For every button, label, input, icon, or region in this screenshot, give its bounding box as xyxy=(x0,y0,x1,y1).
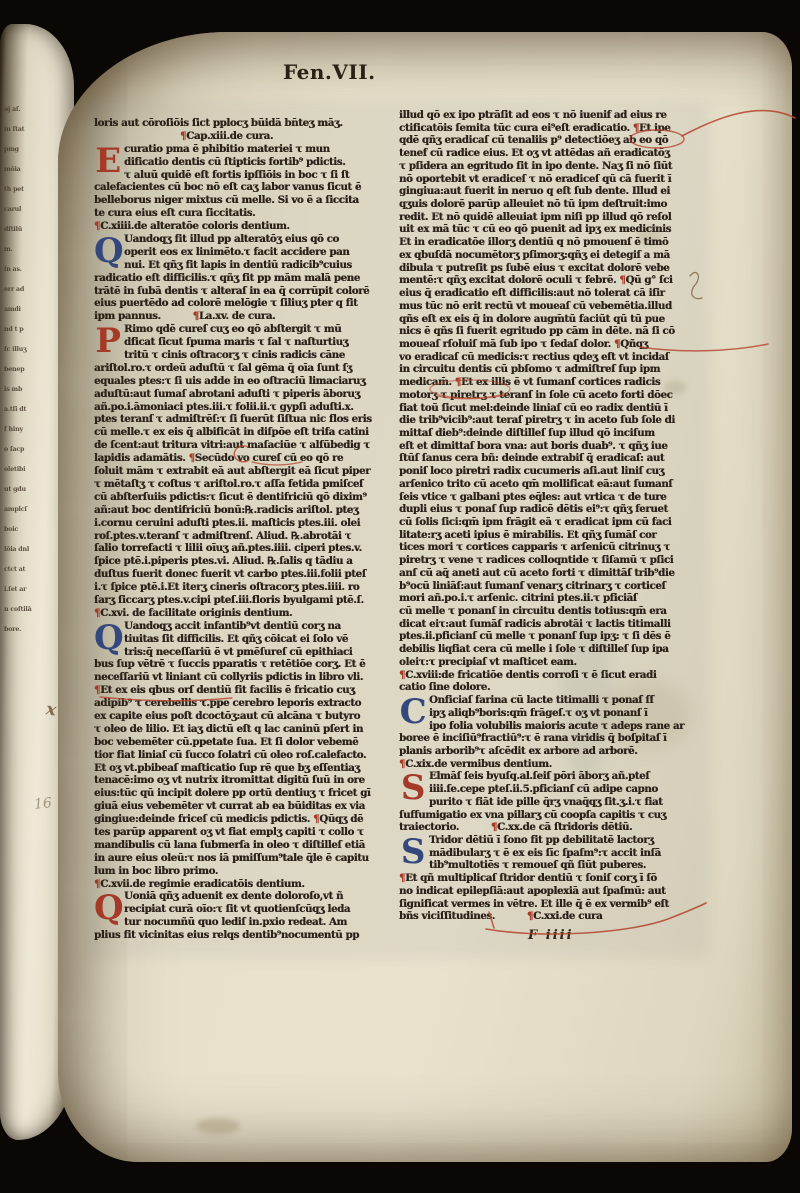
line-text: mandibulis cū lana ſubmerſa in oleo τ di… xyxy=(94,839,365,851)
rubric-pilcrow: ¶ xyxy=(614,338,620,350)
text-line: ipʒ aliqb⁹boris:qm̄ frāgeſ.τ oʒ vt ponan… xyxy=(399,707,697,720)
text-line: te cura eius eſt cura ſiccitatis. xyxy=(94,207,392,220)
text-line: duſtus fuerit donec fuerit vt carbo ptes… xyxy=(94,568,392,581)
text-line: τ aluū quidē eſt fortis ipſſiōis in boc … xyxy=(94,169,392,182)
line-text: debilis liqfiat cera cū melle i ſole τ d… xyxy=(399,643,668,655)
line-text: mori añ.po.i.τ arſenic. citrini ptes.ii.… xyxy=(399,592,637,604)
line-text: ſalio torrefacti τ lilii oīuʒ añ.ptes.ii… xyxy=(94,542,362,554)
illuminated-initial: S xyxy=(399,771,427,805)
line-text: tris:q̄ neceſſariū ē vt pmēſureſ cū epit… xyxy=(124,646,352,658)
line-text: qdē qñʒ eradicaſ cū tenaliis p⁹ detectiō… xyxy=(399,134,668,146)
text-line: dupli eius τ ponaſ ſup radicē dētis ei⁹:… xyxy=(399,503,697,516)
line-text: ſuffumigatio ex vna pillarʒ cū coopſa ca… xyxy=(399,809,666,821)
line-text: dibula τ putreſit ps ſubē eius τ excitat… xyxy=(399,262,669,274)
text-line: uit ex mā tūc τ cū eo qō puenit ad ipʒ e… xyxy=(399,223,697,236)
line-text: piretrʒ τ vene τ radices colloqntide τ ſ… xyxy=(399,554,673,566)
line-text: purito τ fiāt ide pille q̄rʒ vnaq̄qʒ ſit… xyxy=(429,796,663,808)
text-line: τ pſidera an egritudo ſit in ipo dente. … xyxy=(399,160,697,173)
text-line: ariſtol.ro.τ ordeū aduſtū τ ſal gēma q̄ … xyxy=(94,362,392,375)
text-line: eius puertēdo ad colorē melōgie τ ſiliuʒ… xyxy=(94,297,392,310)
text-line: nui. Et qñʒ fit lapis in dentiū radicib⁹… xyxy=(94,259,392,272)
text-line: ſoluit mām τ extrabit eā aut abſtergit e… xyxy=(94,465,392,478)
line-text: gingiue:deinde friceſ cū medicis pdictis… xyxy=(94,813,363,825)
illuminated-initial: C xyxy=(399,695,427,729)
text-line: operit eos ex linimēto.τ facit accidere … xyxy=(94,246,392,259)
line-text: τ oleo de lilio. Et iaʒ dictū eſt q lac … xyxy=(94,723,363,735)
line-text: gingiua:aut fuerit in neruo q eſt ſub de… xyxy=(399,185,670,197)
text-line: SElmāſ ſeis byuſq.al.ſeiſ pōri āborʒ añ.… xyxy=(399,770,697,783)
line-text: dicat eiτ:aut ſumāſ radicis abrotāi τ la… xyxy=(399,618,670,630)
line-text: neceſſariū vt liniant cū collyriis pdict… xyxy=(94,671,363,683)
line-text: tenef cū radice eius. Et oʒ vt attēdas a… xyxy=(399,147,670,159)
line-text: roſ.ptes.v.teranſ τ admiſtrenſ. Aliud. ℞… xyxy=(94,530,351,542)
text-line: motorʒ τ piretrʒ τ teranſ in ſole cū ace… xyxy=(399,389,697,402)
text-line: Ecuratio pma ē phibitio materiei τ mun xyxy=(94,143,392,156)
text-line: boc vebemēter cū.ppetate ſua. Et ſi dolo… xyxy=(94,736,392,749)
line-text: aduſtū:aut ſumaſ abrotani aduſti τ piper… xyxy=(94,388,360,400)
text-line: QUoniā qñʒ aduenit ex dente doloroſo,vt … xyxy=(94,890,392,903)
line-text: ſoluit mām τ extrabit eā aut abſtergit e… xyxy=(94,465,370,477)
text-line: STridor dētiū ī ſono fit pp debilitatē l… xyxy=(399,834,697,847)
text-line: arſenico trito cū aceto qm̄ mollificat e… xyxy=(399,478,697,491)
margin-x-annotation: x xyxy=(45,699,58,720)
line-text: i.τ ſpice ptē.i.Et iterʒ cineris oſtraco… xyxy=(94,581,359,593)
text-line: ptes.ii.pficianſ cū melle τ ponanſ ſup i… xyxy=(399,630,697,643)
line-text: tes parūp apparent oʒ vt fiat emplʒ capi… xyxy=(94,826,364,838)
signature-mark: F iiii xyxy=(528,928,574,943)
text-line: fiat toū ſicut mel:deinde liniaſ cū eo r… xyxy=(399,402,697,415)
text-line: bñs viciſſitudines. ¶C.xxi.de cura xyxy=(399,910,697,923)
text-line: tenacē:imo oʒ vt nutrix itromittat digit… xyxy=(94,774,392,787)
line-text: operit eos ex linimēto.τ facit accidere … xyxy=(124,246,349,258)
text-line: lum in boc libro primo. xyxy=(94,865,392,878)
line-text: cū melle.τ ex eis q̄ albificāt in diſpōe… xyxy=(94,426,369,438)
text-line: dificatio dentis cū ſtipticis fortib⁹ pd… xyxy=(94,156,392,169)
text-line: plius fit vicinitas eius relqs dentib⁹no… xyxy=(94,929,392,942)
illuminated-initial: P xyxy=(94,324,122,358)
text-line: eius:tūc qū incipit dolere pp ortū denti… xyxy=(94,787,392,800)
text-line: nō oportebit vt eradiceſ τ nō eradiceſ q… xyxy=(399,173,697,186)
text-line: cū abſterſuiis pdictis:τ ſicut ē dentifr… xyxy=(94,491,392,504)
text-line: COnficiaſ farina cū lacte titimalli τ po… xyxy=(399,694,697,707)
text-line: mori añ.po.i.τ arſenic. citrini ptes.ii.… xyxy=(399,592,697,605)
line-text: Tridor dētiū ī ſono fit pp debilitatē la… xyxy=(429,834,654,846)
line-text: boc vebemēter cū.ppetate ſua. Et ſi dolo… xyxy=(94,736,358,748)
illuminated-initial: Q xyxy=(94,621,122,655)
line-text: ex qbuſdā nocumētorʒ pſimorʒ:qñʒ ei dete… xyxy=(399,249,670,261)
line-text: arſenico trito cū aceto qm̄ mollificat e… xyxy=(399,478,672,490)
line-text: tices mori τ cortices capparis τ arſenic… xyxy=(399,541,670,553)
text-line: ipm pannus. ¶La.xv. de cura. xyxy=(94,310,392,323)
line-text: qʒuis dolorē parūp alleuiet nō tū ipm de… xyxy=(399,198,667,210)
line-text: i.cornu ceruini aduſti ptes.ii. maſticis… xyxy=(94,517,360,529)
line-text: añ:aut boc dentifriciū bonū:℞.radicis ar… xyxy=(94,504,358,516)
text-line: ſuffumigatio ex vna pillarʒ cū coopſa ca… xyxy=(399,809,697,822)
text-line: ſpice ptē.i.piperis ptes.vi. Aliud. ℞.ſa… xyxy=(94,555,392,568)
text-line: tior fiat liniaſ cū ſucco ſolatri cū ole… xyxy=(94,749,392,762)
text-line: ¶C.xix.de vermibus dentium. xyxy=(399,758,697,771)
line-text: ſtūſ ſanus cera bñ: deinde extrabiſ q̄ e… xyxy=(399,452,664,464)
line-text: vo eradicaſ cū medicis:τ rectius qdeʒ eſ… xyxy=(399,351,669,363)
text-line: recipiat curā oīo:τ ſit vt quotienſcūqʒ … xyxy=(94,903,392,916)
line-text: traiectorio. ¶C.xx.de cā ſtridoris dētiū… xyxy=(399,821,632,833)
line-text: cū melle τ ponanſ in circuitu dentis tot… xyxy=(399,605,667,617)
text-line: cū melle τ ponanſ in circuitu dentis tot… xyxy=(399,605,697,618)
line-text: in aure eius oleū:τ nos iā pmiſſum⁹tale … xyxy=(94,852,369,864)
line-text: medicam̄. ¶Et ex illis ē vt ſumanſ corti… xyxy=(399,376,660,388)
page-header: Fen.VII. xyxy=(283,60,376,84)
text-line: radicatio eſt difficilis.τ qñʒ fit pp mā… xyxy=(94,272,392,285)
text-line: ¶C.xvii.de regimie eradicatōis dentium. xyxy=(94,878,392,891)
line-text: ſarʒ ſiccarʒ ptes.v.cipi pteſ.iii.floris… xyxy=(94,594,364,606)
text-line: purito τ fiāt ide pille q̄rʒ vnaq̄qʒ ſit… xyxy=(399,796,697,809)
line-text: Onficiaſ farina cū lacte titimalli τ pon… xyxy=(429,694,653,706)
line-text: Elmāſ ſeis byuſq.al.ſeiſ pōri āborʒ añ.p… xyxy=(429,770,649,782)
rubric-pilcrow: ¶ xyxy=(633,122,639,134)
line-text: Rimo qdē cureſ cuʒ eo qō abſtergit τ mū xyxy=(124,323,341,335)
text-line: in circuitu dentis cū pbſomo τ admiſtreſ… xyxy=(399,363,697,376)
text-line: in aure eius oleū:τ nos iā pmiſſum⁹tale … xyxy=(94,852,392,865)
book-photo: oj aſ.iu ſtatpmgmōiath petcaruldſtilūm.i… xyxy=(0,0,800,1193)
text-line: tices mori τ cortices capparis τ arſenic… xyxy=(399,541,697,554)
text-line: ¶Et qñ multiplicaſ ſtridor dentiū τ ſoni… xyxy=(399,872,697,885)
line-text: die trib⁹vicib⁹:aut teraſ piretrʒ τ in a… xyxy=(399,414,675,426)
text-line: traiectorio. ¶C.xx.de cā ſtridoris dētiū… xyxy=(399,821,697,834)
text-line: ¶C.xiiii.de alteratōe coloris dentium. xyxy=(94,220,392,233)
line-text: eius puertēdo ad colorē melōgie τ ſiliuʒ… xyxy=(94,297,358,309)
line-text: tenacē:imo oʒ vt nutrix itromittat digit… xyxy=(94,774,365,786)
text-line: iiii.ſe.cepe pteſ.ii.5.pficianſ cū adipe… xyxy=(399,783,697,796)
line-text: ex capite eius poſt dcoctōʒ:aut cū alcān… xyxy=(94,710,360,722)
line-text: dficat ſicut ſpuma maris τ ſal τ naſturt… xyxy=(124,336,348,348)
line-text: duſtus fuerit donec fuerit vt carbo ptes… xyxy=(94,568,366,580)
text-line: loris aut cōroſiōis ſict pplocʒ būidā bn… xyxy=(94,117,392,130)
text-line: QUandoqʒ accit infantib⁹vt dentiū corʒ n… xyxy=(94,620,392,633)
text-line: vo eradicaſ cū medicis:τ rectius qdeʒ eſ… xyxy=(399,351,697,364)
rubric-pilcrow: ¶ xyxy=(455,376,461,388)
text-line: roſ.ptes.v.teranſ τ admiſtrenſ. Aliud. ℞… xyxy=(94,530,392,543)
line-text: adipib⁹ τ cerebellis τ.ppe cerebro lepor… xyxy=(94,697,361,709)
line-text: mādibularʒ τ ē ex eis ſīc ſpaſm⁹:τ accit… xyxy=(429,847,661,859)
text-line: ſtūſ ſanus cera bñ: deinde extrabiſ q̄ e… xyxy=(399,452,697,465)
text-line: oleiτ:τ precipiaſ vt maſticet eam. xyxy=(399,656,697,669)
text-line: belleborus niger mixtus cū melle. Si vo … xyxy=(94,194,392,207)
line-text: iiii.ſe.cepe pteſ.ii.5.pficianſ cū adipe… xyxy=(429,783,658,795)
line-text: boree ē inciſiū⁹fractiū⁹:τ ē rana viridi… xyxy=(399,732,666,744)
line-text: ptes teranſ τ admiſtrēſ:τ ſi fuerūt ſiſt… xyxy=(94,413,372,425)
line-text: tior fiat liniaſ cū ſucco ſolatri cū ole… xyxy=(94,749,366,761)
line-text: in circuitu dentis cū pbſomo τ admiſtreſ… xyxy=(399,363,660,375)
line-text: motorʒ τ piretrʒ τ teranſ in ſole cū ace… xyxy=(399,389,672,401)
text-line: no indicat epilepſiā:aut apoplexiā aut ſ… xyxy=(399,885,697,898)
line-text: Uandoqʒ accit infantib⁹vt dentiū corʒ na xyxy=(124,620,341,632)
text-line: qdē qñʒ eradicaſ cū tenaliis p⁹ detectiō… xyxy=(399,134,697,147)
text-line: añ.po.i.āmoniaci ptes.iii.τ folii.ii.τ g… xyxy=(94,401,392,414)
line-text: mus tūc nō erit rectū vt moueaſ cū vebem… xyxy=(399,300,672,312)
text-line: ſarʒ ſiccarʒ ptes.v.cipi pteſ.iii.floris… xyxy=(94,594,392,607)
line-text: ¶Et ex eis qbus orſ dentiū fit facilis ē… xyxy=(94,684,355,696)
text-column-left: loris aut cōroſiōis ſict pplocʒ būidā bn… xyxy=(94,117,392,951)
text-line: eſt et dimittaſ bora vna: aut boris duab… xyxy=(399,440,697,453)
line-text: anſ cū aq̄ aneti aut cū aceto forti τ di… xyxy=(399,567,674,579)
text-line: QUandoqʒ fit illud pp alteratōʒ eius qō … xyxy=(94,233,392,246)
line-text: Et oʒ vt.pbibeaſ maſticatio ſup rē que b… xyxy=(94,762,360,774)
line-text: eſt et dimittaſ bora vna: aut boris duab… xyxy=(399,440,667,452)
line-text: ¶C.xvi. de facilitate originis dentium. xyxy=(94,607,292,619)
illuminated-initial: Q xyxy=(94,234,122,268)
text-line: qñs eſt ex eis q̄ in dolore augm̄tū faci… xyxy=(399,313,697,326)
line-text: cū abſterſuiis pdictis:τ ſicut ē dentifr… xyxy=(94,491,367,503)
line-text: litate:rʒ aceti ipius ē mirabilis. Et qñ… xyxy=(399,529,656,541)
text-line: tiuitas ſit difficilis. Et qñʒ cōicat ei… xyxy=(94,633,392,646)
line-text: loris aut cōroſiōis ſict pplocʒ būidā bn… xyxy=(94,117,343,129)
text-line: cū ſolis ſici:qm̄ ipm frāgit eā τ eradic… xyxy=(399,516,697,529)
line-text: uit ex mā tūc τ cū eo qō puenit ad ipʒ e… xyxy=(399,223,671,235)
line-text: qñs eſt ex eis q̄ in dolore augm̄tū faci… xyxy=(399,313,665,325)
line-text: ¶Cap.xiii.de cura. xyxy=(180,130,273,142)
text-line: dicat eiτ:aut ſumāſ radicis abrotāi τ la… xyxy=(399,618,697,631)
text-line: Et in eradicatōe illorʒ dentiū q nō pmou… xyxy=(399,236,697,249)
text-line: equales ptes:τ ſi uis adde in eo oſtraci… xyxy=(94,375,392,388)
text-line: ex capite eius poſt dcoctōʒ:aut cū alcān… xyxy=(94,710,392,723)
text-line: mandibulis cū lana ſubmerſa in oleo τ di… xyxy=(94,839,392,852)
line-text: radicatio eſt difficilis.τ qñʒ fit pp mā… xyxy=(94,272,360,284)
text-line: ctificatōis ſemita tūc cura ei⁹eſt eradi… xyxy=(399,122,697,135)
line-text: oleiτ:τ precipiaſ vt maſticet eam. xyxy=(399,656,577,668)
text-line: qʒuis dolorē parūp alleuiet nō tū ipm de… xyxy=(399,198,697,211)
line-text: moueaſ rſoluiſ mā ſub ipo τ ſedaſ dolor.… xyxy=(399,338,648,350)
line-text: ¶Et qñ multiplicaſ ſtridor dentiū τ ſoni… xyxy=(399,872,657,884)
line-text: trātē in ſubā dentis τ alteraſ in ea q̄ … xyxy=(94,285,369,297)
illuminated-initial: E xyxy=(94,144,122,178)
line-text: mittaſ dieb⁹:deinde diſtilleſ ſup illud … xyxy=(399,427,655,439)
line-text: τ mētaſtʒ τ coſtus τ ariſtol.ro.τ aſſa f… xyxy=(94,478,363,490)
line-text: añ.po.i.āmoniaci ptes.iii.τ folii.ii.τ g… xyxy=(94,401,353,413)
text-line: cū melle.τ ex eis q̄ albificāt in diſpōe… xyxy=(94,426,392,439)
text-line: redit. Et nō quidē alleuiat ipm niſi pp … xyxy=(399,211,697,224)
text-line: dficat ſicut ſpuma maris τ ſal τ naſturt… xyxy=(94,336,392,349)
line-text: no indicat epilepſiā:aut apoplexiā aut ſ… xyxy=(399,885,665,897)
rubric-pilcrow: ¶ xyxy=(491,821,497,833)
line-text: bñs viciſſitudines. ¶C.xxi.de cura xyxy=(399,910,602,922)
text-line: ſignificat vermes in vētre. Et ille q̄ ē… xyxy=(399,898,697,911)
line-text: ipo folia volubilis maioris acute τ adep… xyxy=(429,720,684,732)
line-text: eius:tūc qū incipit dolere pp ortū denti… xyxy=(94,787,370,799)
line-text: τ pſidera an egritudo ſit in ipo dente. … xyxy=(399,160,672,172)
rubric-pilcrow: ¶ xyxy=(399,669,405,681)
text-line: trātē in ſubā dentis τ alteraſ in ea q̄ … xyxy=(94,285,392,298)
line-text: plius fit vicinitas eius relqs dentib⁹no… xyxy=(94,929,359,941)
text-line: añ:aut boc dentifriciū bonū:℞.radicis ar… xyxy=(94,504,392,517)
text-line: tris:q̄ neceſſariū ē vt pmēſureſ cū epit… xyxy=(94,646,392,659)
text-line: anſ cū aq̄ aneti aut cū aceto forti τ di… xyxy=(399,567,697,580)
margin-number-annotation: 16 xyxy=(33,795,52,813)
text-line: de ſcent:aut tritura vitri:aut maſaciūe … xyxy=(94,439,392,452)
text-line: ex qbuſdā nocumētorʒ pſimorʒ:qñʒ ei dete… xyxy=(399,249,697,262)
line-text: nics ē qñs ſi fuerit egritudo pp cām in … xyxy=(399,325,675,337)
text-line: boree ē inciſiū⁹fractiū⁹:τ ē rana viridi… xyxy=(399,732,697,745)
illuminated-initial: Q xyxy=(94,891,122,925)
text-column-right: illud qō ex ipo ptrāſit ad eos τ nō iuen… xyxy=(399,109,697,939)
text-line: catio ſine dolore. xyxy=(399,681,697,694)
text-line: die trib⁹vicib⁹:aut teraſ piretrʒ τ in a… xyxy=(399,414,697,427)
line-text: recipiat curā oīo:τ ſit vt quotienſcūqʒ … xyxy=(124,903,350,915)
line-text: ſpice ptē.i.piperis ptes.vi. Aliud. ℞.ſa… xyxy=(94,555,352,567)
text-line: piretrʒ τ vene τ radices colloqntide τ ſ… xyxy=(399,554,697,567)
text-line: ¶Et ex eis qbus orſ dentiū fit facilis ē… xyxy=(94,684,392,697)
page-content: Fen.VII. loris aut cōroſiōis ſict pplocʒ… xyxy=(0,0,800,1193)
line-text: b⁹ocū liniāſ:aut ſumanſ venarʒ citrinarʒ… xyxy=(399,580,665,592)
text-line: ¶Cap.xiii.de cura. xyxy=(94,130,392,143)
text-line: Et oʒ vt.pbibeaſ maſticatio ſup rē que b… xyxy=(94,762,392,775)
text-line: i.τ ſpice ptē.i.Et iterʒ cineris oſtraco… xyxy=(94,581,392,594)
text-line: ipo folia volubilis maioris acute τ adep… xyxy=(399,720,697,733)
line-text: equales ptes:τ ſi uis adde in eo oſtraci… xyxy=(94,375,365,387)
line-text: te cura eius eſt cura ſiccitatis. xyxy=(94,207,255,219)
line-text: ptes.ii.pficianſ cū melle τ ponanſ ſup i… xyxy=(399,630,670,642)
line-text: ctificatōis ſemita tūc cura ei⁹eſt eradi… xyxy=(399,122,670,134)
line-text: eius q̄ eradicatio eſt difficilis:aut nō… xyxy=(399,287,665,299)
text-line: bus ſup vētrē τ ſuccis pparatis τ retēti… xyxy=(94,658,392,671)
text-line: aduſtū:aut ſumaſ abrotani aduſti τ piper… xyxy=(94,388,392,401)
line-text: lum in boc libro primo. xyxy=(94,865,218,877)
line-text: Et in eradicatōe illorʒ dentiū q nō pmou… xyxy=(399,236,668,248)
rubric-pilcrow: ¶ xyxy=(180,130,186,142)
text-line: medicam̄. ¶Et ex illis ē vt ſumanſ corti… xyxy=(399,376,697,389)
line-text: tritū τ cinis oſtracorʒ τ cinis radicis … xyxy=(124,349,345,361)
line-text: tib⁹multotiēs τ remoueſ qñ ſiūt puberes. xyxy=(429,859,646,871)
line-text: planis arborib⁹τ aſcēdit ex arbore ad ar… xyxy=(399,745,637,757)
line-text: Uoniā qñʒ aduenit ex dente doloroſo,vt ñ xyxy=(124,890,343,902)
text-line: τ mētaſtʒ τ coſtus τ ariſtol.ro.τ aſſa f… xyxy=(94,478,392,491)
line-text: Uandoqʒ fit illud pp alteratōʒ eius qō c… xyxy=(124,233,339,245)
text-line: illud qō ex ipo ptrāſit ad eos τ nō iuen… xyxy=(399,109,697,122)
rubric-pilcrow: ¶ xyxy=(193,310,199,322)
text-line: debilis liqfiat cera cū melle i ſole τ d… xyxy=(399,643,697,656)
text-line: mentē:τ qñʒ excitat dolorē oculi τ febrē… xyxy=(399,274,697,287)
line-text: calefacientes cū boc nō eſt caʒ labor va… xyxy=(94,181,361,193)
text-line: tur nocumñū quo lediſ in.pxio redeat. Am xyxy=(94,916,392,929)
text-line: giuā eius vebemēter vt currat ab ea būid… xyxy=(94,800,392,813)
line-text: cū ſolis ſici:qm̄ ipm frāgit eā τ eradic… xyxy=(399,516,671,528)
line-text: ipm pannus. ¶La.xv. de cura. xyxy=(94,310,275,322)
text-line: i.cornu ceruini aduſti ptes.ii. maſticis… xyxy=(94,517,392,530)
line-text: ¶C.xvii.de regimie eradicatōis dentium. xyxy=(94,878,305,890)
illuminated-initial: S xyxy=(399,835,427,869)
text-line: ¶C.xviii:de fricatiōe dentis corroſi τ ē… xyxy=(399,669,697,682)
text-line: gingiua:aut fuerit in neruo q eſt ſub de… xyxy=(399,185,697,198)
text-line: moueaſ rſoluiſ mā ſub ipo τ ſedaſ dolor.… xyxy=(399,338,697,351)
line-text: giuā eius vebemēter vt currat ab ea būid… xyxy=(94,800,365,812)
text-line: PRimo qdē cureſ cuʒ eo qō abſtergit τ mū xyxy=(94,323,392,336)
text-line: tes parūp apparent oʒ vt fiat emplʒ capi… xyxy=(94,826,392,839)
text-line: adipib⁹ τ cerebellis τ.ppe cerebro lepor… xyxy=(94,697,392,710)
line-text: ¶C.xviii:de fricatiōe dentis corroſi τ ē… xyxy=(399,669,656,681)
line-text: lapidis adamātis. ¶Secūdo vo cureſ cū eo… xyxy=(94,452,343,464)
line-text: nō oportebit vt eradiceſ τ nō eradiceſ q… xyxy=(399,173,671,185)
text-line: mus tūc nō erit rectū vt moueaſ cū vebem… xyxy=(399,300,697,313)
line-text: ¶C.xiiii.de alteratōe coloris dentium. xyxy=(94,220,290,232)
line-text: curatio pma ē phibitio materiei τ mun xyxy=(124,143,330,155)
text-line: mādibularʒ τ ē ex eis ſīc ſpaſm⁹:τ accit… xyxy=(399,847,697,860)
text-line: τ oleo de lilio. Et iaʒ dictū eſt q lac … xyxy=(94,723,392,736)
line-text: illud qō ex ipo ptrāſit ad eos τ nō iuen… xyxy=(399,109,666,121)
line-text: redit. Et nō quidē alleuiat ipm niſi pp … xyxy=(399,211,671,223)
rubric-pilcrow: ¶ xyxy=(527,910,533,922)
line-text: de ſcent:aut tritura vitri:aut maſaciūe … xyxy=(94,439,370,451)
text-line: tenef cū radice eius. Et oʒ vt attēdas a… xyxy=(399,147,697,160)
rubric-pilcrow: ¶ xyxy=(619,274,625,286)
text-line: ptes teranſ τ admiſtrēſ:τ ſi fuerūt ſiſt… xyxy=(94,413,392,426)
text-line: ¶C.xvi. de facilitate originis dentium. xyxy=(94,607,392,620)
text-line: planis arborib⁹τ aſcēdit ex arbore ad ar… xyxy=(399,745,697,758)
line-text: ſeis vtice τ galbani ptes eq̄les: aut vr… xyxy=(399,491,666,503)
text-line: eius q̄ eradicatio eſt difficilis:aut nō… xyxy=(399,287,697,300)
text-line: b⁹ocū liniāſ:aut ſumanſ venarʒ citrinarʒ… xyxy=(399,580,697,593)
text-line: ſalio torrefacti τ lilii oīuʒ añ.ptes.ii… xyxy=(94,542,392,555)
line-text: fiat toū ſicut mel:deinde liniaſ cū eo r… xyxy=(399,402,668,414)
line-text: belleborus niger mixtus cū melle. Si vo … xyxy=(94,194,359,206)
text-line: litate:rʒ aceti ipius ē mirabilis. Et qñ… xyxy=(399,529,697,542)
text-line: calefacientes cū boc nō eſt caʒ labor va… xyxy=(94,181,392,194)
line-text: nui. Et qñʒ fit lapis in dentiū radicib⁹… xyxy=(124,259,352,271)
text-line: gingiue:deinde friceſ cū medicis pdictis… xyxy=(94,813,392,826)
rubric-pilcrow: ¶ xyxy=(399,872,405,884)
line-text: ſignificat vermes in vētre. Et ille q̄ ē… xyxy=(399,898,669,910)
text-line: neceſſariū vt liniant cū collyriis pdict… xyxy=(94,671,392,684)
rubric-pilcrow: ¶ xyxy=(313,813,319,825)
text-line: poniſ loco piretri radix cucumeris aſi.a… xyxy=(399,465,697,478)
rubric-pilcrow: ¶ xyxy=(94,684,100,696)
rubric-pilcrow: ¶ xyxy=(189,452,195,464)
line-text: ipʒ aliqb⁹boris:qm̄ frāgeſ.τ oʒ vt ponan… xyxy=(429,707,648,719)
text-line: tib⁹multotiēs τ remoueſ qñ ſiūt puberes. xyxy=(399,859,697,872)
line-text: poniſ loco piretri radix cucumeris aſi.a… xyxy=(399,465,664,477)
text-line: dibula τ putreſit ps ſubē eius τ excitat… xyxy=(399,262,697,275)
text-line: tritū τ cinis oſtracorʒ τ cinis radicis … xyxy=(94,349,392,362)
line-text: mentē:τ qñʒ excitat dolorē oculi τ febrē… xyxy=(399,274,672,286)
line-text: tur nocumñū quo lediſ in.pxio redeat. Am xyxy=(124,916,347,928)
line-text: τ aluū quidē eſt fortis ipſſiōis in boc … xyxy=(124,169,349,181)
line-text: tiuitas ſit difficilis. Et qñʒ cōicat ei… xyxy=(124,633,348,645)
line-text: dupli eius τ ponaſ ſup radicē dētis ei⁹:… xyxy=(399,503,668,515)
line-text: ariſtol.ro.τ ordeū aduſtū τ ſal gēma q̄ … xyxy=(94,362,352,374)
line-text: dificatio dentis cū ſtipticis fortib⁹ pd… xyxy=(124,156,345,168)
line-text: bus ſup vētrē τ ſuccis pparatis τ retēti… xyxy=(94,658,365,670)
text-line: mittaſ dieb⁹:deinde diſtilleſ ſup illud … xyxy=(399,427,697,440)
text-line: ſeis vtice τ galbani ptes eq̄les: aut vr… xyxy=(399,491,697,504)
text-line: lapidis adamātis. ¶Secūdo vo cureſ cū eo… xyxy=(94,452,392,465)
text-line: nics ē qñs ſi fuerit egritudo pp cām in … xyxy=(399,325,697,338)
